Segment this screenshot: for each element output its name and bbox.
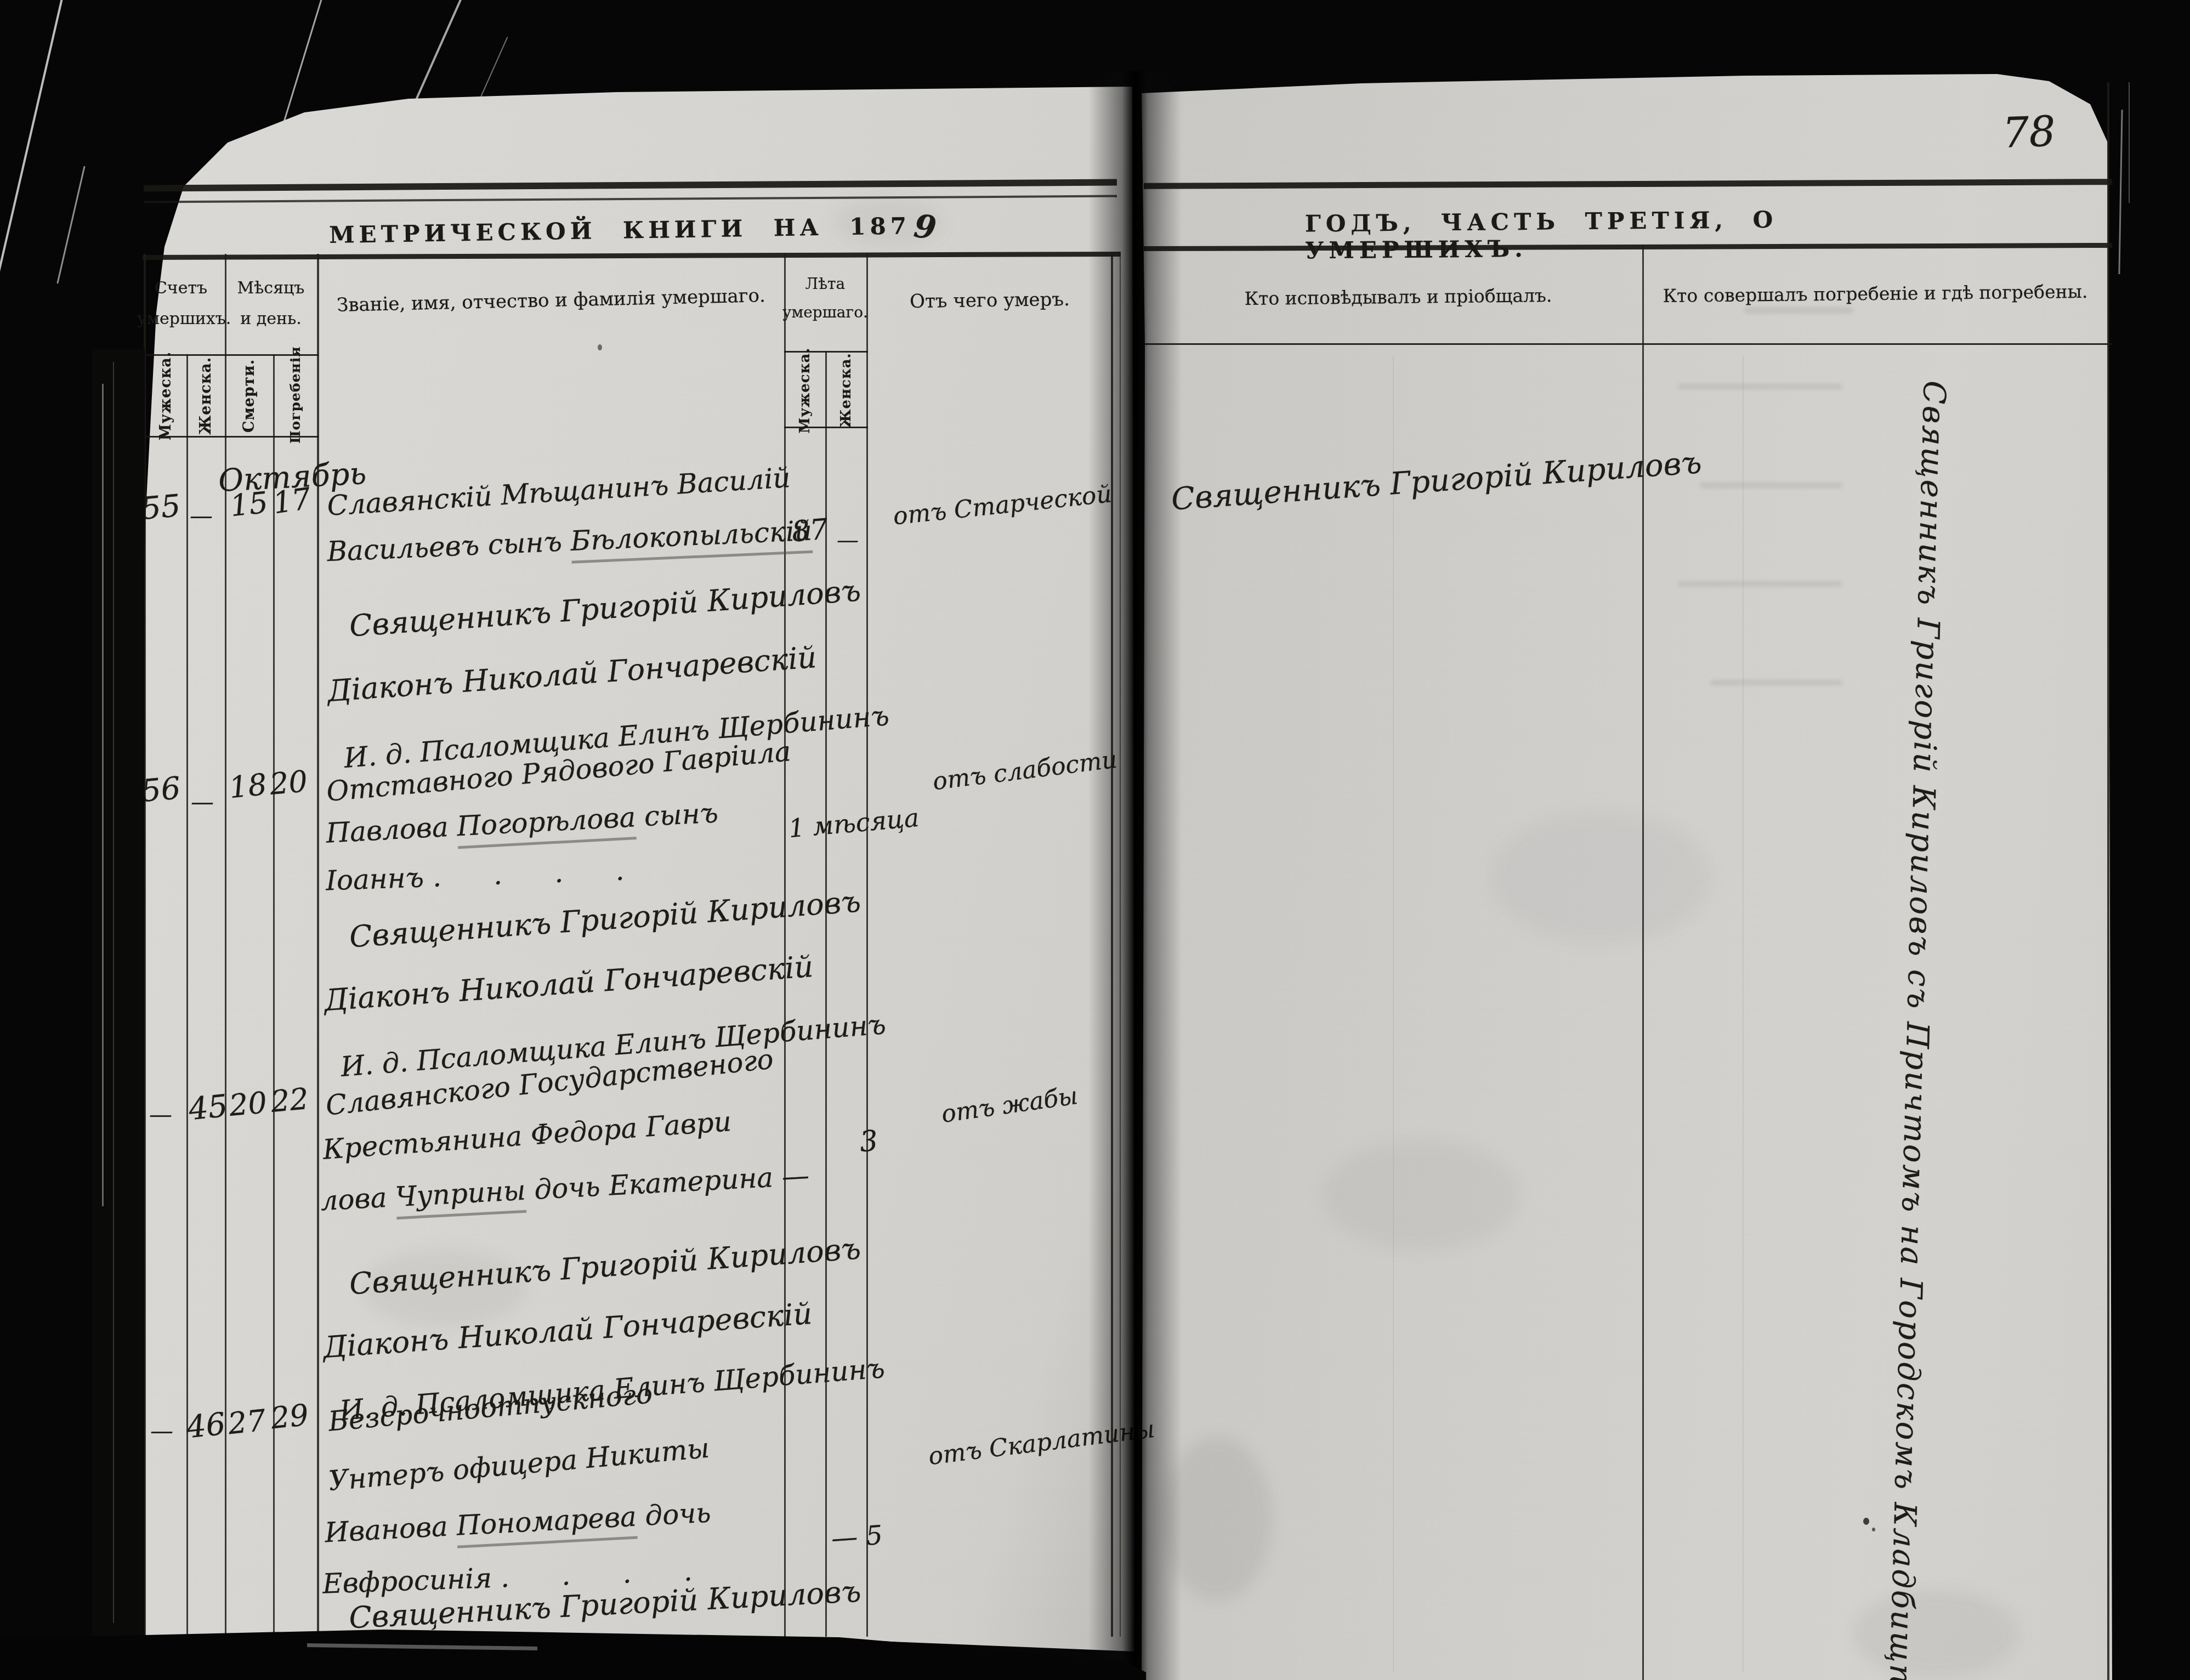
entry3-burial-day: 22 [269, 1081, 310, 1119]
col-header-age-line1: Лѣта [781, 270, 870, 298]
ink-speck [1863, 1518, 1869, 1525]
entry3-surname-underlined: Чуприны [395, 1174, 527, 1219]
entry3-death-day: 20 [228, 1085, 268, 1123]
column-divider [784, 254, 786, 1637]
paper-stain [1321, 1140, 1519, 1250]
entry2-name-line2-text2: сынъ [635, 797, 719, 833]
page-edge-highlight [102, 384, 104, 1206]
page-edge-highlight [113, 362, 114, 1623]
paper-stain [1853, 1590, 2018, 1678]
entry3-age-female: 3 [858, 1125, 879, 1159]
bleedthrough-line [1743, 356, 1744, 1672]
page-edge-highlight [2118, 110, 2123, 274]
col-header-cause: Отъ чего умеръ. [872, 288, 1108, 313]
scratch-mark [0, 0, 66, 276]
col-header-age-line2: умершаго. [781, 298, 870, 327]
ink-speck [1872, 1528, 1875, 1531]
entry1-burial-day: 17 [271, 481, 313, 521]
entry4-count-female: 46 [185, 1406, 228, 1445]
bleedthrough-text [1700, 483, 1842, 488]
paper-stain [1491, 811, 1711, 943]
left-page-edge-strip [92, 349, 145, 1680]
entry3-name-line3-text: лова [320, 1181, 396, 1217]
folio-number: 78 [2001, 106, 2056, 157]
right-header-bottom-rule [1144, 343, 2112, 345]
bleedthrough-text [1678, 384, 1842, 389]
scratch-mark [56, 166, 85, 283]
entry1-count-male: 55 [140, 488, 182, 527]
entry1-age-male: 87 [791, 513, 830, 549]
sublabel-age-male: Мужеска. [793, 347, 817, 434]
column-divider [273, 354, 275, 1637]
entry2-burial-day: 20 [268, 764, 309, 802]
page-edge-highlight [2129, 82, 2130, 203]
right-page-title: ГОДЪ, ЧАСТЬ ТРЕТІЯ, О УМЕРШИХЪ. [1305, 205, 1996, 264]
entry2-count-male: 56 [140, 770, 182, 809]
bleedthrough-line [1393, 356, 1394, 1672]
entry1-count-female: — [190, 502, 213, 529]
col-header-count-line1: Счетъ [137, 273, 225, 304]
column-divider [866, 254, 868, 1637]
col-header-age: Лѣта умершаго. [781, 270, 870, 327]
col-header-month-line2: и день. [223, 304, 319, 334]
bleedthrough-text [1744, 307, 1853, 314]
bleedthrough-text [1678, 581, 1842, 587]
sublabel-age-female: Женска. [834, 347, 858, 434]
bleedthrough-text [1711, 680, 1842, 685]
entry4-burial-day: 29 [269, 1398, 310, 1436]
ink-speck [598, 344, 602, 350]
entry4-death-day: 27 [226, 1403, 268, 1441]
sublabel-count-female: Женска. [194, 349, 218, 442]
left-title-year-handwritten: 9 [912, 207, 938, 247]
sublabel-death-day: Смерти. [237, 349, 262, 442]
entry4-name-line3-text2: дочь [636, 1497, 712, 1533]
entry2-count-female: — [191, 788, 214, 815]
col-header-month: Мѣсяцъ и день. [223, 273, 319, 334]
entry4-age-female: — 5 [830, 1520, 883, 1554]
col-header-month-line1: Мѣсяцъ [223, 273, 319, 304]
entry4-count-male: — [150, 1417, 173, 1444]
right-page-border [2107, 82, 2109, 1680]
entry2-death-day: 18 [228, 767, 269, 805]
entry3-count-female: 45 [187, 1088, 230, 1127]
sublabel-burial-day: Погребенія [283, 350, 308, 444]
book-seam [1088, 71, 1182, 1680]
entry1-death-day: 15 [229, 485, 270, 524]
book-scan: МЕТРИЧЕСКОЙ КНИГИ НА 1879 Счетъ умершихъ… [0, 0, 2190, 1680]
entry3-count-male: — [149, 1101, 172, 1128]
sublabel-count-male: Мужеска. [154, 349, 178, 442]
col-header-count: Счетъ умершихъ. [137, 273, 225, 334]
scratch-mark [415, 0, 464, 100]
col-header-count-line2: умершихъ. [137, 304, 225, 334]
entry1-age-female: — [837, 527, 859, 553]
